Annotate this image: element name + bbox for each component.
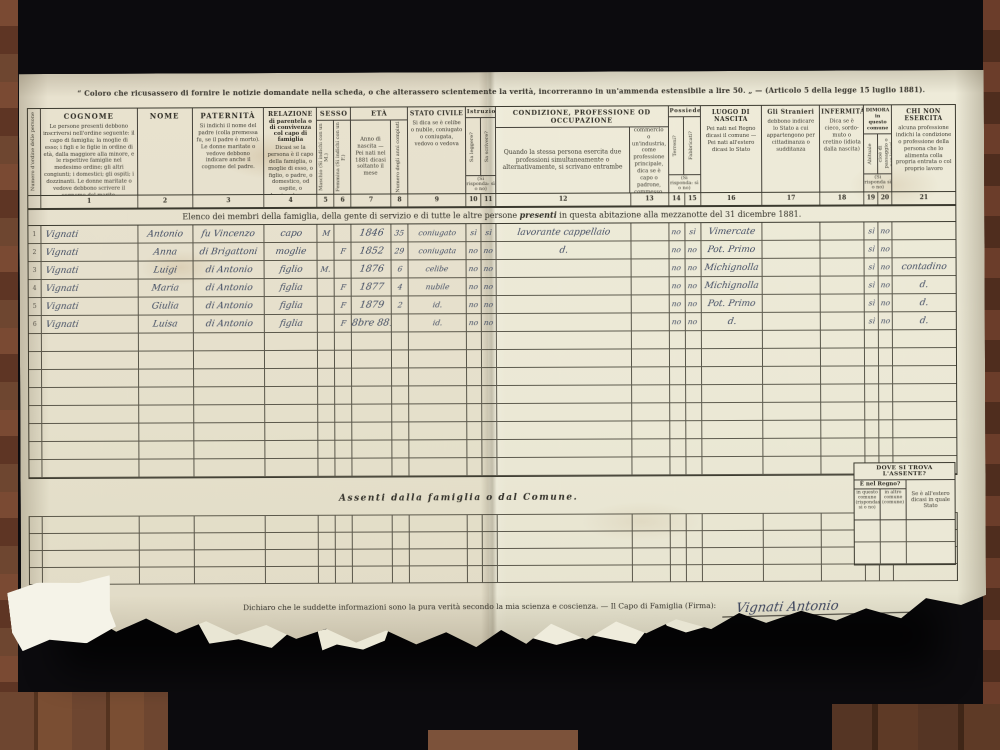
- cell-anno-nascita: 1852: [352, 242, 392, 259]
- cell-femmina: F: [335, 279, 352, 296]
- cell-fabbricati: no: [685, 259, 701, 276]
- cell-cognome: Vignati: [41, 226, 138, 243]
- cell-dimora-occasionale: no: [879, 294, 893, 311]
- absent-box-regno-column: È nel Regno? in questo comune (rispondas…: [855, 480, 907, 519]
- cell-relazione: figlia: [265, 297, 318, 314]
- cell-anni-compiuti: [392, 314, 409, 331]
- cell-terreni: no: [669, 241, 685, 258]
- cell-infermita: [821, 294, 865, 311]
- cell-infermita: [821, 222, 865, 239]
- col-header-condizione: CONDIZIONE, PROFESSIONE OD OCCUPAZIONEQu…: [496, 106, 669, 193]
- col-header-dimora: DIMORA in questo comuneAbitualeOccasiona…: [864, 105, 892, 191]
- col-header-stato-civile: STATO CIVILESi dica se è celibe o nubile…: [408, 107, 466, 193]
- cell-anni-compiuti: 2: [392, 296, 409, 313]
- col-header-relazione: RELAZIONEdi parentela o di convivenza co…: [264, 108, 317, 194]
- photo-backdrop: { "colors": { "paper": "#ebe8d6", "print…: [0, 0, 1000, 750]
- cell-sa-leggere: no: [467, 278, 482, 295]
- cell-dimora-abituale: sì: [865, 294, 879, 311]
- cell-luogo-nascita: Pot. Primo: [701, 295, 763, 312]
- cell-professione: [497, 259, 632, 277]
- cell-maschio: [318, 243, 335, 260]
- col-header-possiede: PossiedeTerreni?Fabbricati?(Si risponda:…: [668, 106, 700, 192]
- cell-luogo-nascita: Pot. Primo: [701, 241, 763, 258]
- cell-luogo-nascita: Vimercate: [701, 223, 763, 240]
- wood-frame-bottom-right: [832, 704, 1000, 750]
- cell-maschio: M: [318, 225, 335, 242]
- cell-professione: d.: [496, 241, 631, 259]
- cell-femmina: F: [335, 297, 352, 314]
- census-table: Numero d'ordine delle persone COGNOMELe …: [27, 104, 958, 479]
- cell-la-persona: [631, 277, 669, 294]
- cell-chi-alimenta: [893, 240, 956, 257]
- cell-terreni: no: [669, 277, 685, 294]
- cell-stato-civile: coniugata: [409, 242, 467, 259]
- cell-fabbricati: no: [685, 241, 701, 258]
- cell-paternita: di Antonio: [193, 315, 265, 332]
- member-rows: 1 Vignati Antonio fu Vincenzo capo M 184…: [28, 222, 955, 334]
- cell-cognome: Vignati: [42, 280, 139, 297]
- cell-sa-scrivere: no: [482, 296, 497, 313]
- declaration-text: Dichiaro che le suddette informazioni so…: [243, 601, 716, 612]
- cell-sa-scrivere: no: [482, 242, 497, 259]
- cell-terreni: no: [669, 223, 685, 240]
- declaration-line: Dichiaro che le suddette informazioni so…: [243, 593, 957, 612]
- cell-stato-estero: [763, 241, 821, 258]
- col-header-cognome: COGNOMELe persone presenti debbono inscr…: [41, 109, 138, 195]
- cell-stato-civile: id.: [409, 296, 467, 313]
- cell-maschio: [318, 315, 335, 332]
- cell-paternita: di Antonio: [193, 279, 265, 296]
- where-is-absent-box: DOVE SI TROVA L'ASSENTE? È nel Regno? in…: [853, 462, 955, 565]
- col-header-infermita: INFERMITÀDica se è cieco, sordo-muto o c…: [820, 105, 864, 191]
- cell-relazione: capo: [265, 225, 318, 242]
- cell-cognome: Vignati: [42, 316, 139, 333]
- cell-paternita: di Antonio: [193, 261, 265, 278]
- cell-la-persona: [631, 295, 669, 312]
- cell-dimora-occasionale: no: [879, 222, 893, 239]
- cell-anno-nascita: 1876: [352, 260, 392, 277]
- cell-row-number: 6: [29, 316, 42, 333]
- col-header-paternita: PATERNITÀSi indichi il nome del padre (c…: [193, 108, 265, 194]
- cell-fabbricati: no: [685, 277, 701, 294]
- cell-professione: lavorante cappellaio: [496, 223, 631, 241]
- cell-femmina: F: [335, 243, 352, 260]
- table-header: Numero d'ordine delle persone COGNOMELe …: [28, 105, 955, 196]
- wood-frame-bottom-left: [0, 692, 168, 750]
- cell-cognome: Vignati: [42, 262, 139, 279]
- cell-terreni: no: [669, 259, 685, 276]
- cell-sa-scrivere: no: [482, 314, 497, 331]
- absent-empty-rows: [30, 513, 957, 585]
- cell-stato-civile: id.: [409, 314, 467, 331]
- cell-infermita: [821, 240, 865, 257]
- cell-row-number: 5: [29, 298, 42, 315]
- col-header-eta: ETÀAnno di nascita — Pei nati nel 1881 d…: [351, 107, 408, 193]
- cell-nome: Anna: [138, 243, 193, 260]
- cell-anno-nascita: 1879: [352, 296, 392, 313]
- col-header-chi-non-esercita: CHI NON ESERCITAalcuna professione indic…: [892, 105, 955, 191]
- absent-box-in-altro: in altro comune (comune): [881, 489, 906, 519]
- cell-dimora-abituale: sì: [865, 222, 879, 239]
- cell-nome: Antonio: [138, 225, 193, 242]
- cell-maschio: M.: [318, 261, 335, 278]
- cell-fabbricati: sì: [685, 223, 701, 240]
- cell-fabbricati: no: [685, 313, 701, 330]
- cell-luogo-nascita: Michignolla: [701, 277, 763, 294]
- cell-chi-alimenta: contadino: [893, 258, 956, 275]
- col-header-row-number: Numero d'ordine delle persone: [28, 109, 41, 195]
- cell-dimora-occasionale: no: [879, 312, 893, 329]
- cell-row-number: 4: [29, 280, 42, 297]
- cell-anno-nascita: 1877: [352, 278, 392, 295]
- cell-row-number: 2: [28, 244, 41, 261]
- cell-nome: Luisa: [139, 315, 194, 332]
- cell-anni-compiuti: 29: [392, 242, 409, 259]
- cell-sa-scrivere: no: [482, 260, 497, 277]
- cell-relazione: figlio: [265, 261, 318, 278]
- cell-anno-nascita: 1846: [352, 224, 392, 241]
- cell-relazione: figlia: [265, 315, 318, 332]
- wood-frame-right: [983, 0, 1000, 750]
- cell-fabbricati: no: [685, 295, 701, 312]
- cell-anni-compiuti: 35: [392, 224, 409, 241]
- cell-anni-compiuti: 6: [392, 260, 409, 277]
- cell-dimora-abituale: sì: [865, 240, 879, 257]
- census-sheet: “ Coloro che ricusassero di fornire le n…: [19, 70, 987, 654]
- absent-box-in-questo: in questo comune (rispondasi sì o no): [855, 489, 881, 519]
- cell-sa-scrivere: no: [482, 278, 497, 295]
- col-header-nome: NOME: [138, 108, 193, 194]
- cell-luogo-nascita: d.: [701, 313, 763, 330]
- cell-sa-leggere: sì: [466, 224, 481, 241]
- cell-chi-alimenta: [893, 222, 956, 239]
- absent-box-empty-row: [855, 520, 955, 542]
- col-header-sesso: SESSOMaschio (Si indichi con un M.)Femmi…: [317, 108, 351, 194]
- cell-maschio: [318, 279, 335, 296]
- cell-femmina: F: [335, 315, 352, 332]
- cell-nome: Luigi: [138, 261, 193, 278]
- cell-paternita: fu Vincenzo: [193, 225, 265, 242]
- cell-infermita: [821, 276, 865, 293]
- cell-terreni: no: [669, 313, 685, 330]
- absent-box-empty-row: [855, 542, 955, 564]
- cell-anno-nascita: 8bre 881: [352, 314, 392, 331]
- wood-frame-bottom-center: [428, 730, 578, 750]
- cell-nome: Maria: [138, 279, 193, 296]
- cell-maschio: [318, 297, 335, 314]
- absent-table: [29, 512, 958, 585]
- cell-paternita: di Brigattoni: [193, 243, 265, 260]
- cell-professione: [497, 313, 632, 331]
- cell-nome: Giulia: [138, 297, 193, 314]
- cell-sa-scrivere: sì: [481, 224, 496, 241]
- cell-la-persona: [631, 313, 669, 330]
- cell-row-number: 1: [28, 226, 41, 243]
- cell-chi-alimenta: d.: [893, 312, 956, 329]
- cell-dimora-occasionale: no: [879, 240, 893, 257]
- cell-stato-estero: [763, 259, 821, 276]
- cell-dimora-abituale: sì: [865, 276, 879, 293]
- cell-sa-leggere: no: [467, 242, 482, 259]
- cell-terreni: no: [669, 295, 685, 312]
- cell-stato-estero: [763, 313, 821, 330]
- cell-sa-leggere: no: [467, 296, 482, 313]
- cell-infermita: [821, 312, 865, 329]
- cell-chi-alimenta: d.: [893, 276, 956, 293]
- cell-la-persona: [631, 241, 669, 258]
- cell-stato-estero: [763, 295, 821, 312]
- empty-rows: [29, 330, 957, 478]
- cell-paternita: di Antonio: [193, 297, 265, 314]
- col-header-istruzione: IstruzioneSa leggere?Sa scrivere?(Si ris…: [466, 107, 496, 193]
- cell-professione: [497, 277, 632, 295]
- cell-dimora-occasionale: no: [879, 276, 893, 293]
- cell-cognome: Vignati: [42, 298, 139, 315]
- cell-anni-compiuti: 4: [392, 278, 409, 295]
- cell-la-persona: [631, 259, 669, 276]
- cell-stato-estero: [763, 277, 821, 294]
- cell-row-number: 3: [29, 262, 42, 279]
- cell-femmina: [335, 225, 352, 242]
- cell-stato-estero: [763, 223, 821, 240]
- cell-infermita: [821, 258, 865, 275]
- cell-sa-leggere: no: [467, 314, 482, 331]
- cell-cognome: Vignati: [41, 244, 138, 261]
- cell-dimora-abituale: sì: [865, 312, 879, 329]
- cell-luogo-nascita: Michignolla: [701, 259, 763, 276]
- cell-stato-civile: celibe: [409, 260, 467, 277]
- empty-row: [30, 564, 957, 585]
- col-header-stranieri: Gli Stranieridebbono indicare lo Stato a…: [762, 106, 820, 192]
- empty-row: [29, 456, 956, 478]
- cell-dimora-occasionale: no: [879, 258, 893, 275]
- cell-dimora-abituale: sì: [865, 258, 879, 275]
- cell-femmina: [335, 261, 352, 278]
- cell-chi-alimenta: d.: [893, 294, 956, 311]
- cell-sa-leggere: no: [467, 260, 482, 277]
- col-header-luogo-nascita: LUOGO DI NASCITAPei nati nel Regno dicas…: [700, 106, 762, 192]
- cell-professione: [497, 295, 632, 313]
- cell-la-persona: [631, 223, 669, 240]
- cell-relazione: figlia: [265, 279, 318, 296]
- cell-stato-civile: nubile: [409, 278, 467, 295]
- cell-relazione: moglie: [265, 243, 318, 260]
- absent-box-estero: Se è all'estero dicasi in quale Stato: [907, 480, 955, 519]
- cell-stato-civile: coniugato: [409, 224, 467, 241]
